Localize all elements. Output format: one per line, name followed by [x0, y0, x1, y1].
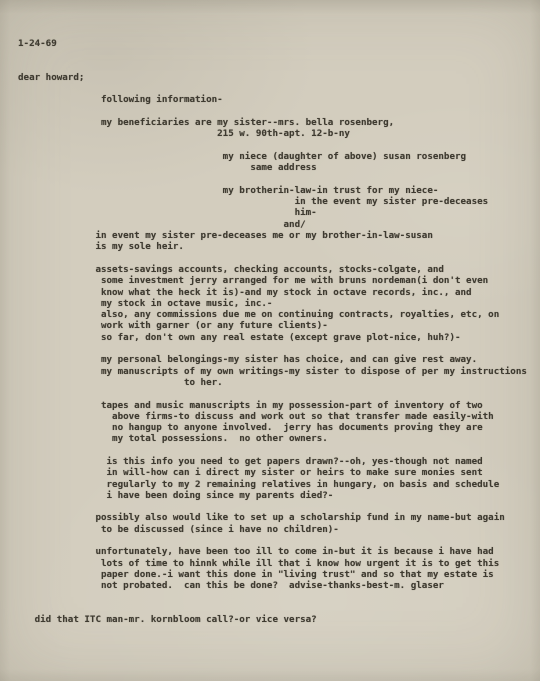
letter-line: did that ITC man-mr. kornbloom call?-or … [18, 614, 527, 625]
letter-line: know what the heck it is)-and my stock i… [18, 287, 527, 298]
letter-line: my beneficiaries are my sister--mrs. bel… [18, 117, 527, 128]
letter-line: paper done.-i want this done in "living … [18, 569, 527, 580]
letter-line: regularly to my 2 remaining relatives in… [18, 479, 527, 490]
letter-line [18, 535, 527, 546]
scanned-letter-page: 1-24-69dear howard; following informatio… [0, 0, 540, 681]
letter-line: my personal belongings-my sister has cho… [18, 354, 527, 365]
letter-line: unfortunately, have been too ill to come… [18, 546, 527, 557]
letter-line [18, 445, 527, 456]
letter-line: to her. [18, 377, 527, 388]
letter-line: my niece (daughter of above) susan rosen… [18, 151, 527, 162]
letter-line: my brotherin-law-in trust for my niece- [18, 185, 527, 196]
letter-line [18, 174, 527, 185]
letter-line: my total possessions. no other owners. [18, 433, 527, 444]
letter-line: 1-24-69 [18, 38, 527, 49]
letter-line: my manuscripts of my own writings-my sis… [18, 366, 527, 377]
letter-line: following information- [18, 94, 527, 105]
letter-line: 215 w. 90th-apt. 12-b-ny [18, 128, 527, 139]
letter-line [18, 592, 527, 603]
letter-line: possibly also would like to set up a sch… [18, 512, 527, 523]
letter-line: in the event my sister pre-deceases [18, 196, 527, 207]
letter-line [18, 106, 527, 117]
letter-line [18, 501, 527, 512]
letter-line [18, 388, 527, 399]
letter-line: and/ [18, 219, 527, 230]
letter-line: assets-savings accounts, checking accoun… [18, 264, 527, 275]
letter-line [18, 61, 527, 72]
letter-line [18, 603, 527, 614]
letter-line: in event my sister pre-deceases me or my… [18, 230, 527, 241]
letter-line: is this info you need to get papers draw… [18, 456, 527, 467]
letter-line: so far, don't own any real estate (excep… [18, 332, 527, 343]
letter-line [18, 140, 527, 151]
letter-line [18, 83, 527, 94]
letter-line: above firms-to discuss and work out so t… [18, 411, 527, 422]
letter-line: work with garner (or any future clients)… [18, 320, 527, 331]
letter-line: same address [18, 162, 527, 173]
letter-line: i have been doing since my parents died?… [18, 490, 527, 501]
letter-body: 1-24-69dear howard; following informatio… [18, 38, 527, 625]
letter-line: lots of time to hinnk while ill that i k… [18, 558, 527, 569]
letter-line: my stock in octave music, inc.- [18, 298, 527, 309]
letter-line: to be discussed (since i have no childre… [18, 524, 527, 535]
letter-line: no hangup to anyone involved. jerry has … [18, 422, 527, 433]
letter-line: some investment jerry arranged for me wi… [18, 275, 527, 286]
letter-line: also, any commissions due me on continui… [18, 309, 527, 320]
letter-line [18, 253, 527, 264]
letter-line: is my sole heir. [18, 241, 527, 252]
letter-line: not probated. can this be done? advise-t… [18, 580, 527, 591]
letter-line: tapes and music manuscripts in my posses… [18, 400, 527, 411]
letter-line: in will-how can i direct my sister or he… [18, 467, 527, 478]
letter-line [18, 49, 527, 60]
letter-line: dear howard; [18, 72, 527, 83]
letter-line: him- [18, 207, 527, 218]
letter-line [18, 343, 527, 354]
